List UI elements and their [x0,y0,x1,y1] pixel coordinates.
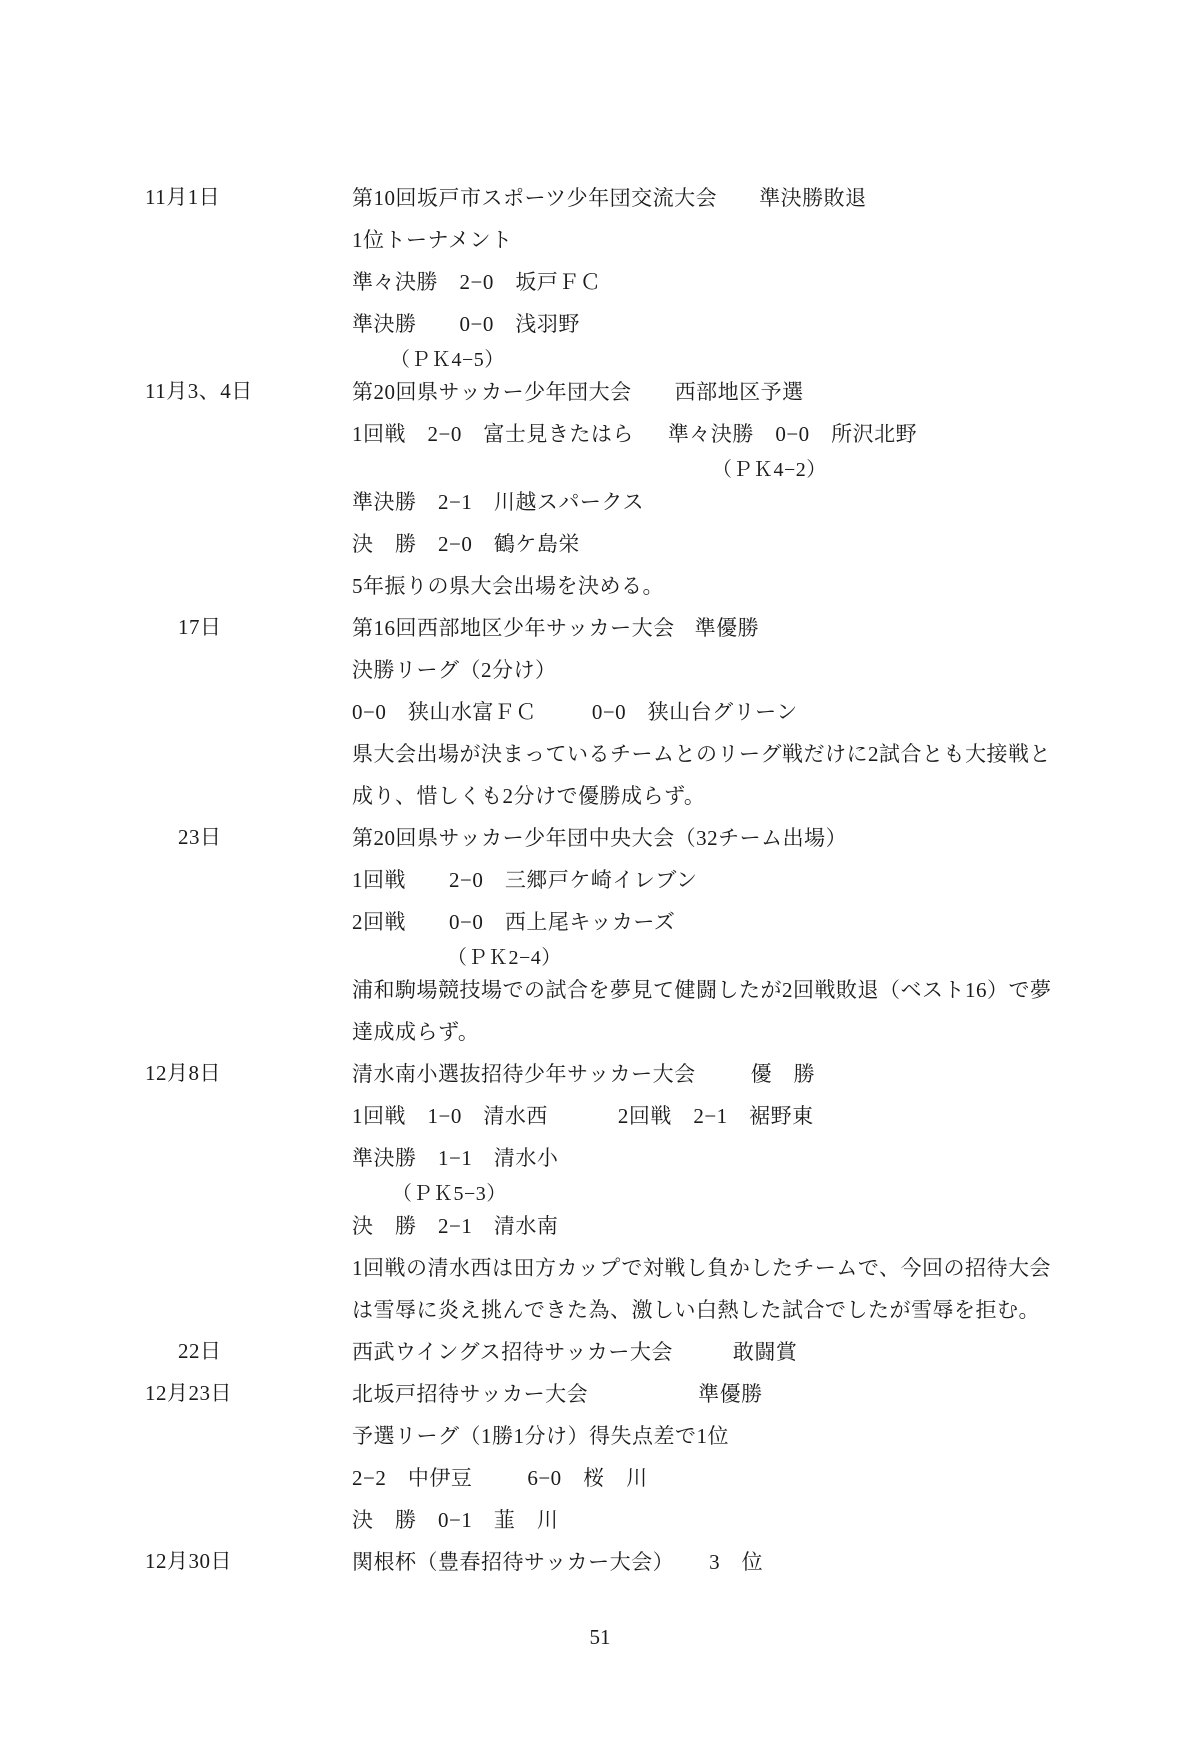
result-text: 達成成らず。 [352,1016,479,1046]
result-text: 予選リーグ（1勝1分け）得失点差で1位 [352,1420,729,1450]
tournament-result: 準優勝 [698,1378,763,1408]
result-text: 決 勝 2−0 鶴ケ島栄 [352,528,580,558]
result-line: 成り、惜しくも2分けで優勝成らず。 [352,774,1160,816]
result-text: 決勝リーグ（2分け） [352,654,557,684]
result-text: 準決勝 2−1 川越スパークス [352,486,644,516]
pk-score-line: （ＰＫ2−4） [352,942,1160,968]
result-text: 2回戦 0−0 西上尾キッカーズ [352,906,675,936]
entry-header-line: 第20回県サッカー少年団中央大会（32チーム出場） [352,816,1160,858]
result-line: 決 勝 2−1 清水南 [352,1204,1160,1246]
pk-score-line: （ＰＫ4−5） [352,344,1160,370]
entry-date-column: 11月1日 [145,176,352,370]
result-text: 2回戦 2−1 裾野東 [618,1100,814,1130]
pk-score-line: （ＰＫ4−2） [352,454,1160,480]
result-line: 1位トーナメント [352,218,1160,260]
result-text: 0−0 狭山台グリーン [592,696,798,726]
result-line: 達成成らず。 [352,1010,1160,1052]
entry-content: 第16回西部地区少年サッカー大会準優勝決勝リーグ（2分け）0−0 狭山水富ＦＣ0… [352,606,1160,816]
result-line: 1回戦 2−0 三郷戸ケ崎イレブン [352,858,1160,900]
tournament-title: 西武ウイングス招待サッカー大会 [352,1336,673,1366]
page-number: 51 [0,1616,1200,1658]
result-text: 1回戦 2−0 三郷戸ケ崎イレブン [352,864,698,894]
entry-date-column: 12月8日 [145,1052,352,1330]
result-line: 決 勝 0−1 韮 川 [352,1498,1160,1540]
result-text: 1回戦 1−0 清水西 [352,1100,548,1130]
result-text: 決 勝 0−1 韮 川 [352,1504,558,1534]
tournament-result: 準決勝敗退 [759,182,867,212]
entry-date: 11月1日 [145,176,352,218]
result-line: 0−0 狭山水富ＦＣ0−0 狭山台グリーン [352,690,1160,732]
entry-content: 第20回県サッカー少年団中央大会（32チーム出場）1回戦 2−0 三郷戸ケ崎イレ… [352,816,1160,1052]
tournament-result: 準優勝 [695,612,760,642]
entry-date: 12月8日 [145,1052,352,1094]
entry-date-column: 22日 [145,1330,352,1372]
result-text: 準決勝 1−1 清水小 [352,1142,558,1172]
pk-score-line: （ＰＫ5−3） [352,1178,1160,1204]
result-text: 成り、惜しくも2分けで優勝成らず。 [352,780,705,810]
result-text: 5年振りの県大会出場を決める。 [352,570,664,600]
entry-header-line: 第20回県サッカー少年団大会西部地区予選 [352,370,1160,412]
result-text: 0−0 狭山水富ＦＣ [352,696,537,726]
result-line: 5年振りの県大会出場を決める。 [352,564,1160,606]
tournament-entry: 17日第16回西部地区少年サッカー大会準優勝決勝リーグ（2分け）0−0 狭山水富… [145,606,1160,816]
result-line: 準決勝 1−1 清水小 [352,1136,1160,1178]
result-text: 準々決勝 2−0 坂戸ＦＣ [352,266,601,296]
result-line: 決勝リーグ（2分け） [352,648,1160,690]
tournament-entry: 11月3、4日第20回県サッカー少年団大会西部地区予選1回戦 2−0 富士見きた… [145,370,1160,606]
result-line: 予選リーグ（1勝1分け）得失点差で1位 [352,1414,1160,1456]
result-text: 県大会出場が決まっているチームとのリーグ戦だけに2試合とも大接戦と [352,738,1051,768]
result-text: 6−0 桜 川 [527,1462,647,1492]
entry-date: 11月3、4日 [145,370,352,412]
entry-header-line: 西武ウイングス招待サッカー大会敢闘賞 [352,1330,1160,1372]
entry-date: 12月30日 [145,1540,352,1582]
entry-header-line: 第10回坂戸市スポーツ少年団交流大会準決勝敗退 [352,176,1160,218]
match-results-document: 11月1日第10回坂戸市スポーツ少年団交流大会準決勝敗退1位トーナメント準々決勝… [145,176,1160,1582]
entry-date: 22日 [145,1330,352,1372]
tournament-result: 西部地区予選 [675,376,804,406]
entry-content: 清水南小選抜招待少年サッカー大会優 勝1回戦 1−0 清水西2回戦 2−1 裾野… [352,1052,1160,1330]
result-text: 1回戦 2−0 富士見きたはら [352,418,634,448]
tournament-title: 関根杯（豊春招待サッカー大会） [352,1546,674,1576]
tournament-title: 北坂戸招待サッカー大会 [352,1378,588,1408]
result-line: 1回戦の清水西は田方カップで対戦し負かしたチームで、今回の招待大会 [352,1246,1160,1288]
tournament-entry: 12月30日関根杯（豊春招待サッカー大会）3 位 [145,1540,1160,1582]
tournament-entry: 12月23日北坂戸招待サッカー大会準優勝予選リーグ（1勝1分け）得失点差で1位2… [145,1372,1160,1540]
result-line: 準決勝 2−1 川越スパークス [352,480,1160,522]
result-text: 準々決勝 0−0 所沢北野 [668,418,917,448]
result-line: 2回戦 0−0 西上尾キッカーズ [352,900,1160,942]
result-line: 準々決勝 2−0 坂戸ＦＣ [352,260,1160,302]
entry-date: 17日 [145,606,352,648]
entry-content: 第10回坂戸市スポーツ少年団交流大会準決勝敗退1位トーナメント準々決勝 2−0 … [352,176,1160,370]
result-line: 2−2 中伊豆6−0 桜 川 [352,1456,1160,1498]
entry-content: 関根杯（豊春招待サッカー大会）3 位 [352,1540,1160,1582]
tournament-entry: 22日西武ウイングス招待サッカー大会敢闘賞 [145,1330,1160,1372]
result-text: 1回戦の清水西は田方カップで対戦し負かしたチームで、今回の招待大会 [352,1252,1051,1282]
tournament-title: 清水南小選抜招待少年サッカー大会 [352,1058,696,1088]
result-text: 2−2 中伊豆 [352,1462,472,1492]
entry-header-line: 第16回西部地区少年サッカー大会準優勝 [352,606,1160,648]
entry-header-line: 関根杯（豊春招待サッカー大会）3 位 [352,1540,1160,1582]
entry-date: 12月23日 [145,1372,352,1414]
result-line: 1回戦 1−0 清水西2回戦 2−1 裾野東 [352,1094,1160,1136]
result-text: 準決勝 0−0 浅羽野 [352,308,580,338]
entry-date-column: 12月23日 [145,1372,352,1540]
result-line: 県大会出場が決まっているチームとのリーグ戦だけに2試合とも大接戦と [352,732,1160,774]
result-text: 1位トーナメント [352,224,513,254]
entry-date-column: 12月30日 [145,1540,352,1582]
entry-date-column: 23日 [145,816,352,1052]
tournament-title: 第16回西部地区少年サッカー大会 [352,612,675,642]
tournament-result: 敢闘賞 [733,1336,798,1366]
entry-date-column: 11月3、4日 [145,370,352,606]
result-line: 1回戦 2−0 富士見きたはら準々決勝 0−0 所沢北野 [352,412,1160,454]
tournament-entry: 11月1日第10回坂戸市スポーツ少年団交流大会準決勝敗退1位トーナメント準々決勝… [145,176,1160,370]
entry-date: 23日 [145,816,352,858]
tournament-result: 優 勝 [751,1058,816,1088]
entry-content: 第20回県サッカー少年団大会西部地区予選1回戦 2−0 富士見きたはら準々決勝 … [352,370,1160,606]
scanned-document-page: 11月1日第10回坂戸市スポーツ少年団交流大会準決勝敗退1位トーナメント準々決勝… [0,0,1200,1741]
result-text: は雪辱に炎え挑んできた為、激しい白熱した試合でしたが雪辱を拒む。 [352,1294,1040,1324]
result-text: 決 勝 2−1 清水南 [352,1210,558,1240]
result-line: 浦和駒場競技場での試合を夢見て健闘したが2回戦敗退（ベスト16）で夢 [352,968,1160,1010]
tournament-title: 第20回県サッカー少年団中央大会（32チーム出場） [352,822,847,852]
tournament-title: 第20回県サッカー少年団大会 [352,376,632,406]
tournament-title: 第10回坂戸市スポーツ少年団交流大会 [352,182,717,212]
entry-content: 西武ウイングス招待サッカー大会敢闘賞 [352,1330,1160,1372]
entry-content: 北坂戸招待サッカー大会準優勝予選リーグ（1勝1分け）得失点差で1位2−2 中伊豆… [352,1372,1160,1540]
tournament-entry: 12月8日清水南小選抜招待少年サッカー大会優 勝1回戦 1−0 清水西2回戦 2… [145,1052,1160,1330]
tournament-entry: 23日第20回県サッカー少年団中央大会（32チーム出場）1回戦 2−0 三郷戸ケ… [145,816,1160,1052]
tournament-result: 3 位 [709,1546,763,1576]
entry-header-line: 北坂戸招待サッカー大会準優勝 [352,1372,1160,1414]
result-text: 浦和駒場競技場での試合を夢見て健闘したが2回戦敗退（ベスト16）で夢 [352,974,1052,1004]
result-line: 決 勝 2−0 鶴ケ島栄 [352,522,1160,564]
result-line: 準決勝 0−0 浅羽野 [352,302,1160,344]
entry-date-column: 17日 [145,606,352,816]
result-line: は雪辱に炎え挑んできた為、激しい白熱した試合でしたが雪辱を拒む。 [352,1288,1160,1330]
entry-header-line: 清水南小選抜招待少年サッカー大会優 勝 [352,1052,1160,1094]
